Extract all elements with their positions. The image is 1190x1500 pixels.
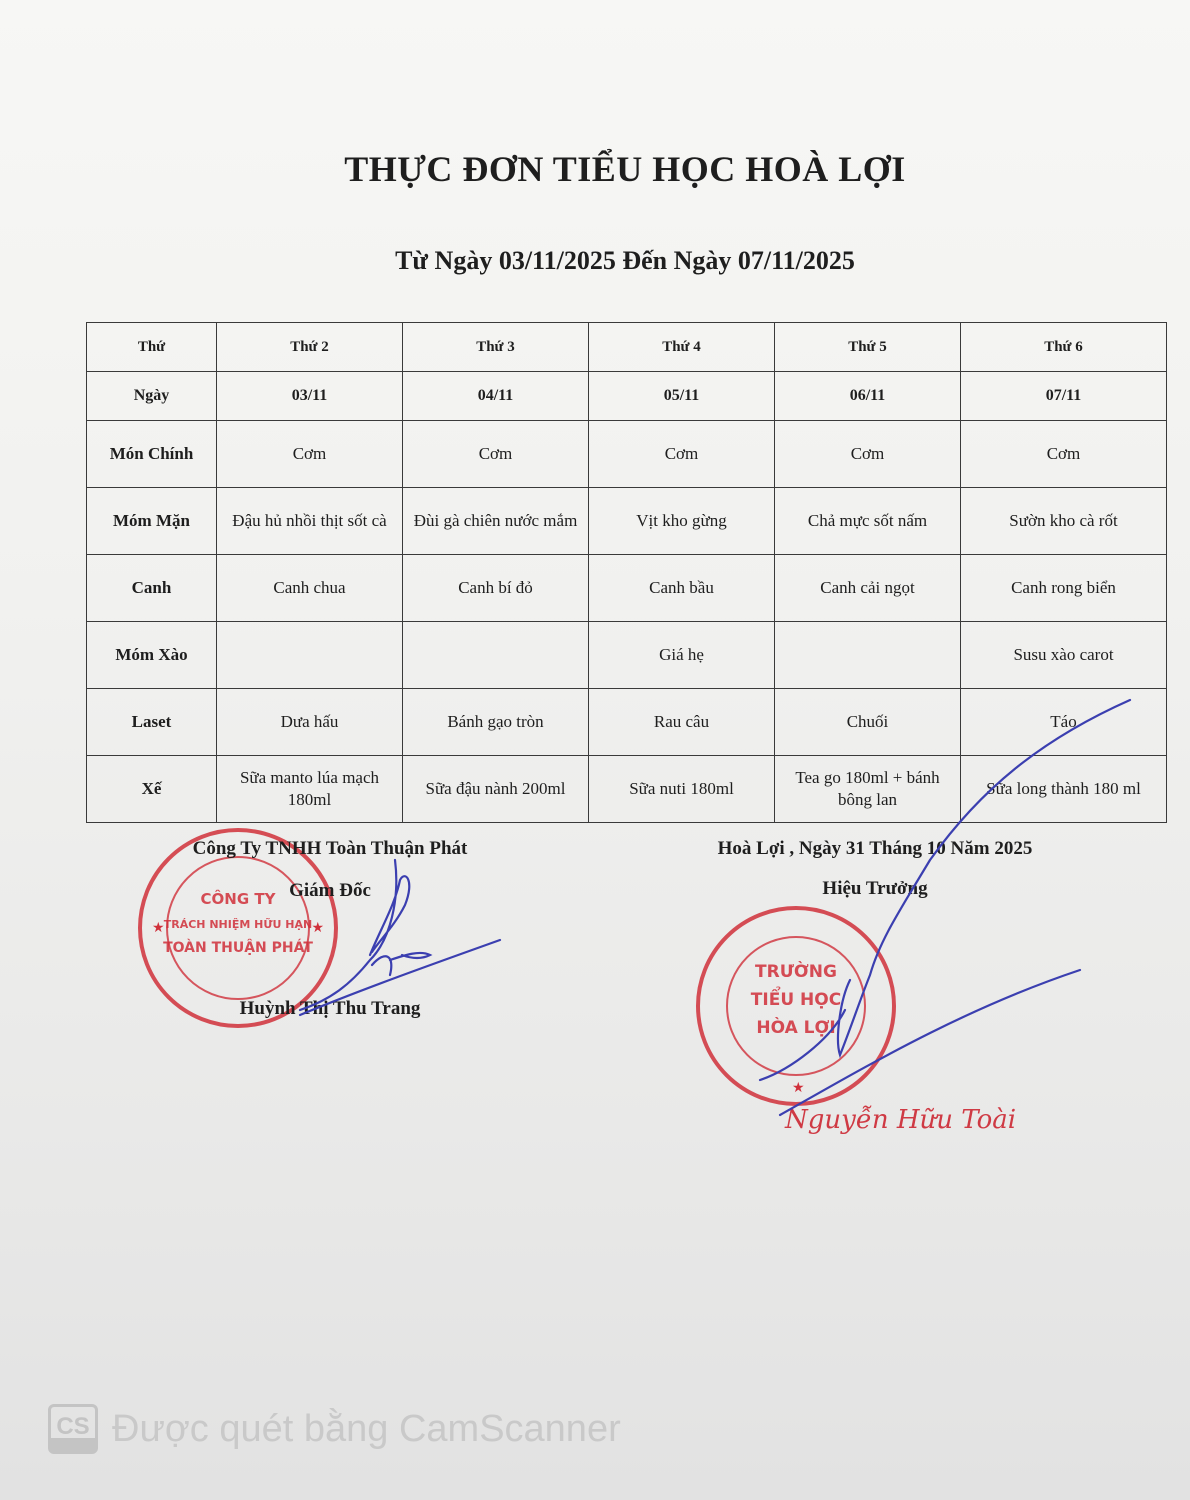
table-cell: Canh cải ngọt [775,555,961,622]
table-cell: Thứ 5 [775,323,961,372]
row-label: Móm Mặn [87,488,217,555]
row-label: Canh [87,555,217,622]
star-icon: ★ [792,1080,805,1096]
table-cell: Sữa đậu nành 200ml [403,756,589,823]
camscanner-logo-icon: CS [48,1404,98,1454]
company-name: Công Ty TNHH Toàn Thuận Phát [150,838,510,860]
table-cell: Sườn kho cà rốt [961,488,1167,555]
table-cell: Sữa nuti 180ml [589,756,775,823]
table-cell [217,622,403,689]
table-cell: Cơm [217,421,403,488]
table-cell: 03/11 [217,372,403,421]
table-cell: Đùi gà chiên nước mắm [403,488,589,555]
table-cell: Thứ 6 [961,323,1167,372]
table-cell: Giá hẹ [589,622,775,689]
table-cell: Dưa hấu [217,689,403,756]
table-row: XếSữa manto lúa mạch 180mlSữa đậu nành 2… [87,756,1167,823]
row-label: Laset [87,689,217,756]
table-cell: 07/11 [961,372,1167,421]
table-cell: Cơm [403,421,589,488]
table-row: Móm XàoGiá hẹSusu xào carot [87,622,1167,689]
document-subtitle: Từ Ngày 03/11/2025 Đến Ngày 07/11/2025 [0,246,1190,276]
row-label: Xế [87,756,217,823]
table-cell: Bánh gạo tròn [403,689,589,756]
stamp-line-2: TRÁCH NHIỆM HỮU HẠN [142,918,334,931]
table-cell: Chả mực sốt nấm [775,488,961,555]
table-cell: Canh bầu [589,555,775,622]
table-cell: Thứ 2 [217,323,403,372]
table-row: CanhCanh chuaCanh bí đỏCanh bầuCanh cải … [87,555,1167,622]
table-cell: 04/11 [403,372,589,421]
table-cell: Canh chua [217,555,403,622]
table-date-row: Ngày03/1104/1105/1106/1107/11 [87,372,1167,421]
table-header-row: ThứThứ 2Thứ 3Thứ 4Thứ 5Thứ 6 [87,323,1167,372]
school-stamp: TRƯỜNG TIỂU HỌC HÒA LỢI ★ [696,906,896,1106]
table-cell: Sữa long thành 180 ml [961,756,1167,823]
right-signature-block: Hoà Lợi , Ngày 31 Tháng 10 Năm 2025 Hiệu… [690,838,1060,900]
table-cell: Tea go 180ml + bánh bông lan [775,756,961,823]
stamp-line-1: TRƯỜNG [700,962,892,982]
menu-table: ThứThứ 2Thứ 3Thứ 4Thứ 5Thứ 6Ngày03/1104/… [86,322,1167,823]
star-icon: ★ [311,920,324,936]
table-row: Món ChínhCơmCơmCơmCơmCơm [87,421,1167,488]
table-cell: Cơm [961,421,1167,488]
stamp-line-3: HÒA LỢI [700,1018,892,1038]
table-cell: Cơm [589,421,775,488]
table-cell [403,622,589,689]
table-cell: Rau câu [589,689,775,756]
table-cell: Sữa manto lúa mạch 180ml [217,756,403,823]
table-row: LasetDưa hấuBánh gạo trònRau câuChuốiTáo [87,689,1167,756]
stamp-line-3: TOÀN THUẬN PHÁT [142,940,334,956]
table-cell: Thứ 3 [403,323,589,372]
table-cell: Đậu hủ nhồi thịt sốt cà [217,488,403,555]
table-cell: Susu xào carot [961,622,1167,689]
document-title: THỰC ĐƠN TIỂU HỌC HOÀ LỢI [0,148,1190,190]
star-icon: ★ [152,920,165,936]
table-cell: Táo [961,689,1167,756]
director-role: Giám Đốc [150,880,510,902]
director-name: Huỳnh Thị Thu Trang [150,998,510,1020]
place-date: Hoà Lợi , Ngày 31 Tháng 10 Năm 2025 [690,838,1060,860]
table-row: Móm MặnĐậu hủ nhồi thịt sốt càĐùi gà chi… [87,488,1167,555]
row-label: Ngày [87,372,217,421]
table-cell: Canh rong biển [961,555,1167,622]
table-cell: Thứ 4 [589,323,775,372]
principal-name: Nguyễn Hữu Toài [785,1105,1016,1135]
camscanner-watermark: CS Được quét bằng CamScanner [48,1404,621,1454]
table-cell: Chuối [775,689,961,756]
watermark-text: Được quét bằng CamScanner [112,1408,621,1451]
table-cell: Vịt kho gừng [589,488,775,555]
row-label: Thứ [87,323,217,372]
row-label: Món Chính [87,421,217,488]
stamp-line-2: TIỂU HỌC [700,990,892,1010]
table-cell: Canh bí đỏ [403,555,589,622]
table-cell: Cơm [775,421,961,488]
table-cell: 06/11 [775,372,961,421]
row-label: Móm Xào [87,622,217,689]
table-cell [775,622,961,689]
table-cell: 05/11 [589,372,775,421]
principal-role: Hiệu Trưởng [690,878,1060,900]
